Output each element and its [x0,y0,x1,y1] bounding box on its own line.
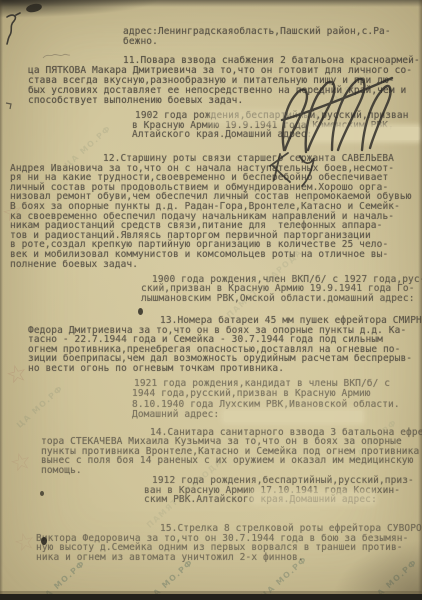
scan-edge-top-left [0,0,160,18]
paragraph-13: 13.Номера батареи 45 мм пушек ефрейтора … [28,316,422,374]
typed-line: лышмановским РВК,Омской области.домашний… [141,294,422,303]
address-continuation: адрес:Ленинградскаяобласть,Пашский район… [123,27,391,47]
typed-line: бежно. [123,37,391,47]
scan-edge-bottom [0,594,422,600]
paragraph-11: 11.Повара взвода снабжения 2 батальона к… [28,56,420,106]
archive-watermark: ЦА МО.РФ [15,384,65,430]
redaction-box [212,112,307,123]
paragraph-14: 14.Санитара санитарного взвода 3 батальо… [41,428,422,475]
redaction-box [310,127,420,140]
typed-line: способствует выполнению боевых задач. [28,96,420,106]
pen-tick [6,103,11,109]
star-watermark-icon: ☆ [11,526,39,558]
ink-blot [138,308,143,315]
typed-line: но вести огонь по огневым точкам противн… [28,364,422,374]
redaction-box [224,411,362,422]
typed-line: вынес с поля боя 14 раненых с их оружием… [41,456,422,465]
scan-edge-right [418,0,422,600]
ink-blot [41,537,47,545]
redaction-box [252,492,374,503]
typed-line: помощь. [41,466,422,475]
ink-blot [40,491,44,496]
typed-line: полнение боевых задач. [10,260,412,270]
paragraph-12: 12.Старшину роты связи старшего сержанта… [10,154,412,269]
service-record-12: 1900 года рождения,член ВКП/б/ с 1927 го… [141,275,422,303]
star-watermark-icon: ☆ [3,358,31,390]
star-watermark-icon: ☆ [7,446,35,478]
scanned-document-page: ЦА МО.РФЦА МО.РФЦА МО.РФЦА МО.РФЦА МО.РФ… [0,0,422,600]
typed-line: адрес:Ленинградскаяобласть,Пашский район… [123,27,391,37]
scan-edge-left [0,0,3,600]
